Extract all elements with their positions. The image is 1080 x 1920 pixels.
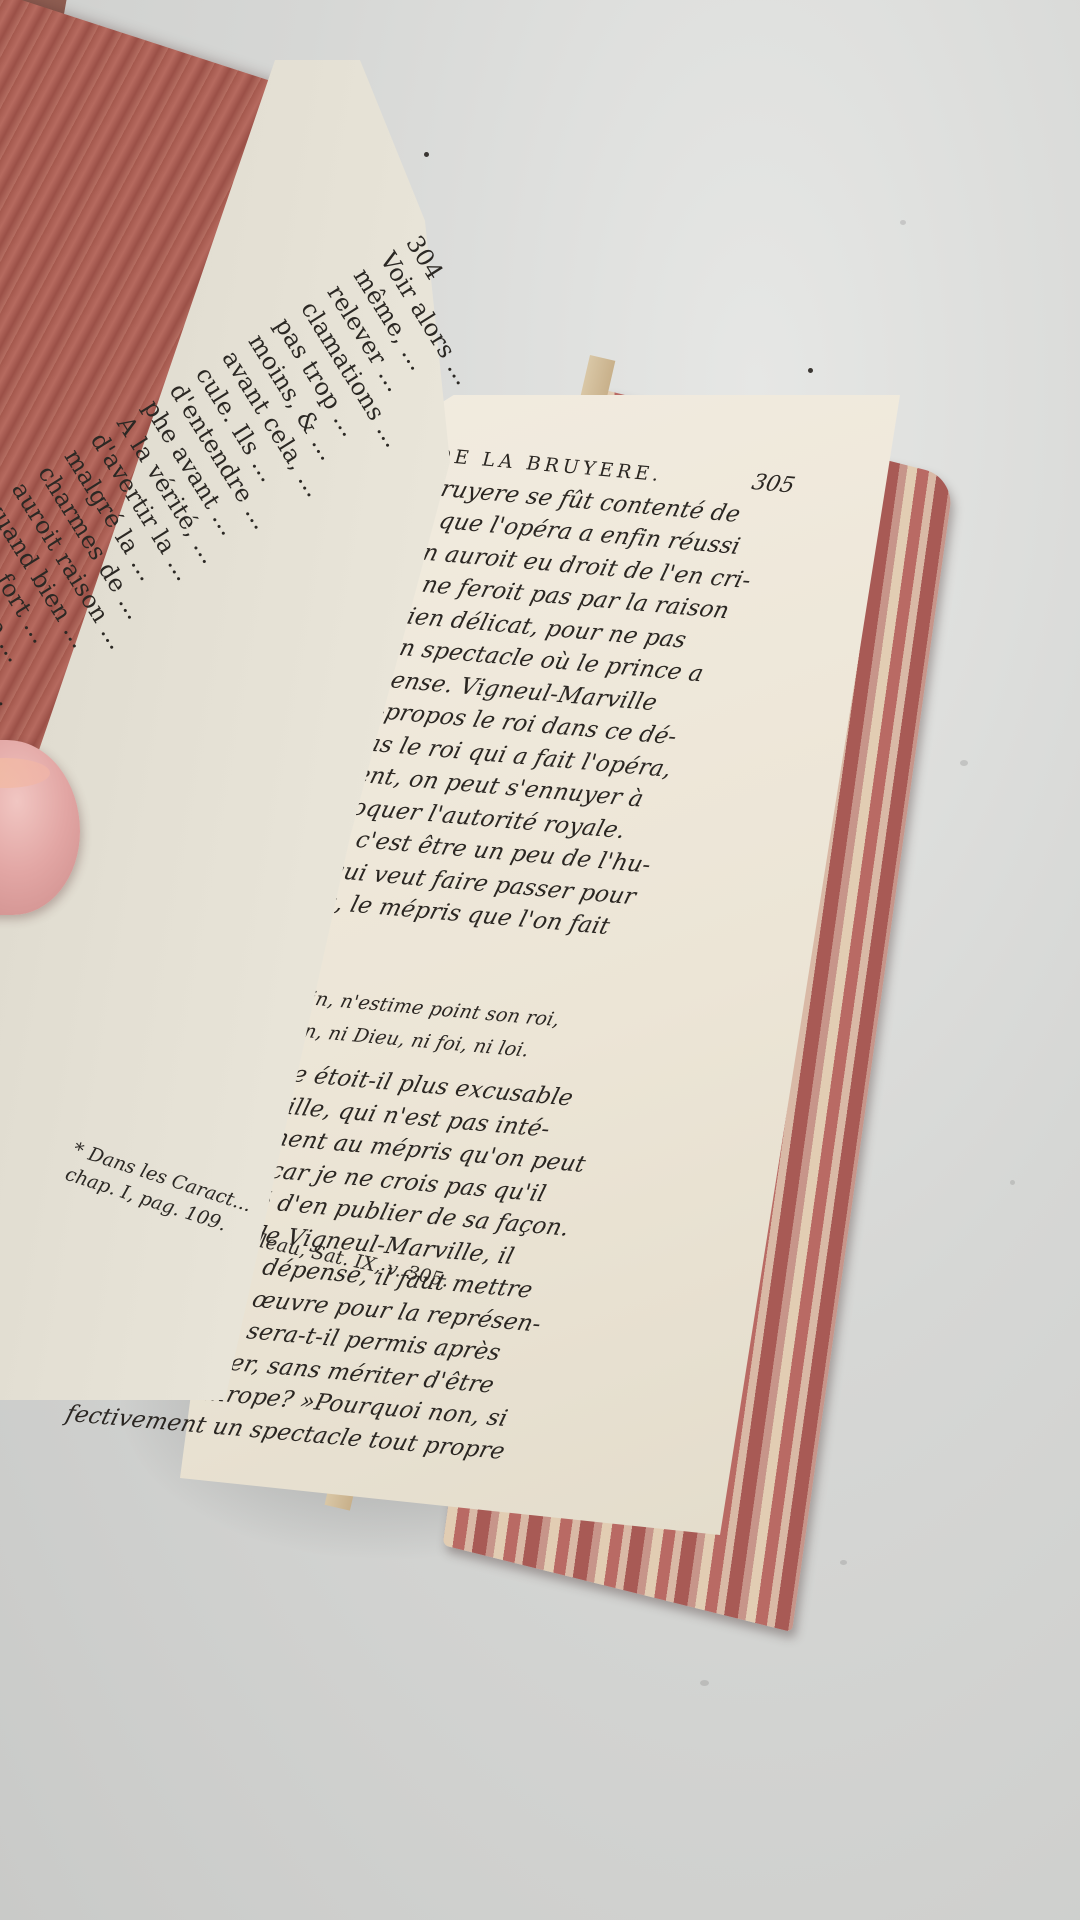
page-number: 305: [748, 467, 798, 503]
floor-speckle: [960, 760, 968, 766]
ink-spot: [808, 368, 813, 373]
floor-speckle: [840, 1560, 847, 1565]
floor-speckle: [700, 1680, 709, 1686]
floor-speckle: [900, 220, 906, 225]
floor-speckle: [1010, 1180, 1015, 1185]
ink-spot: [424, 152, 429, 157]
